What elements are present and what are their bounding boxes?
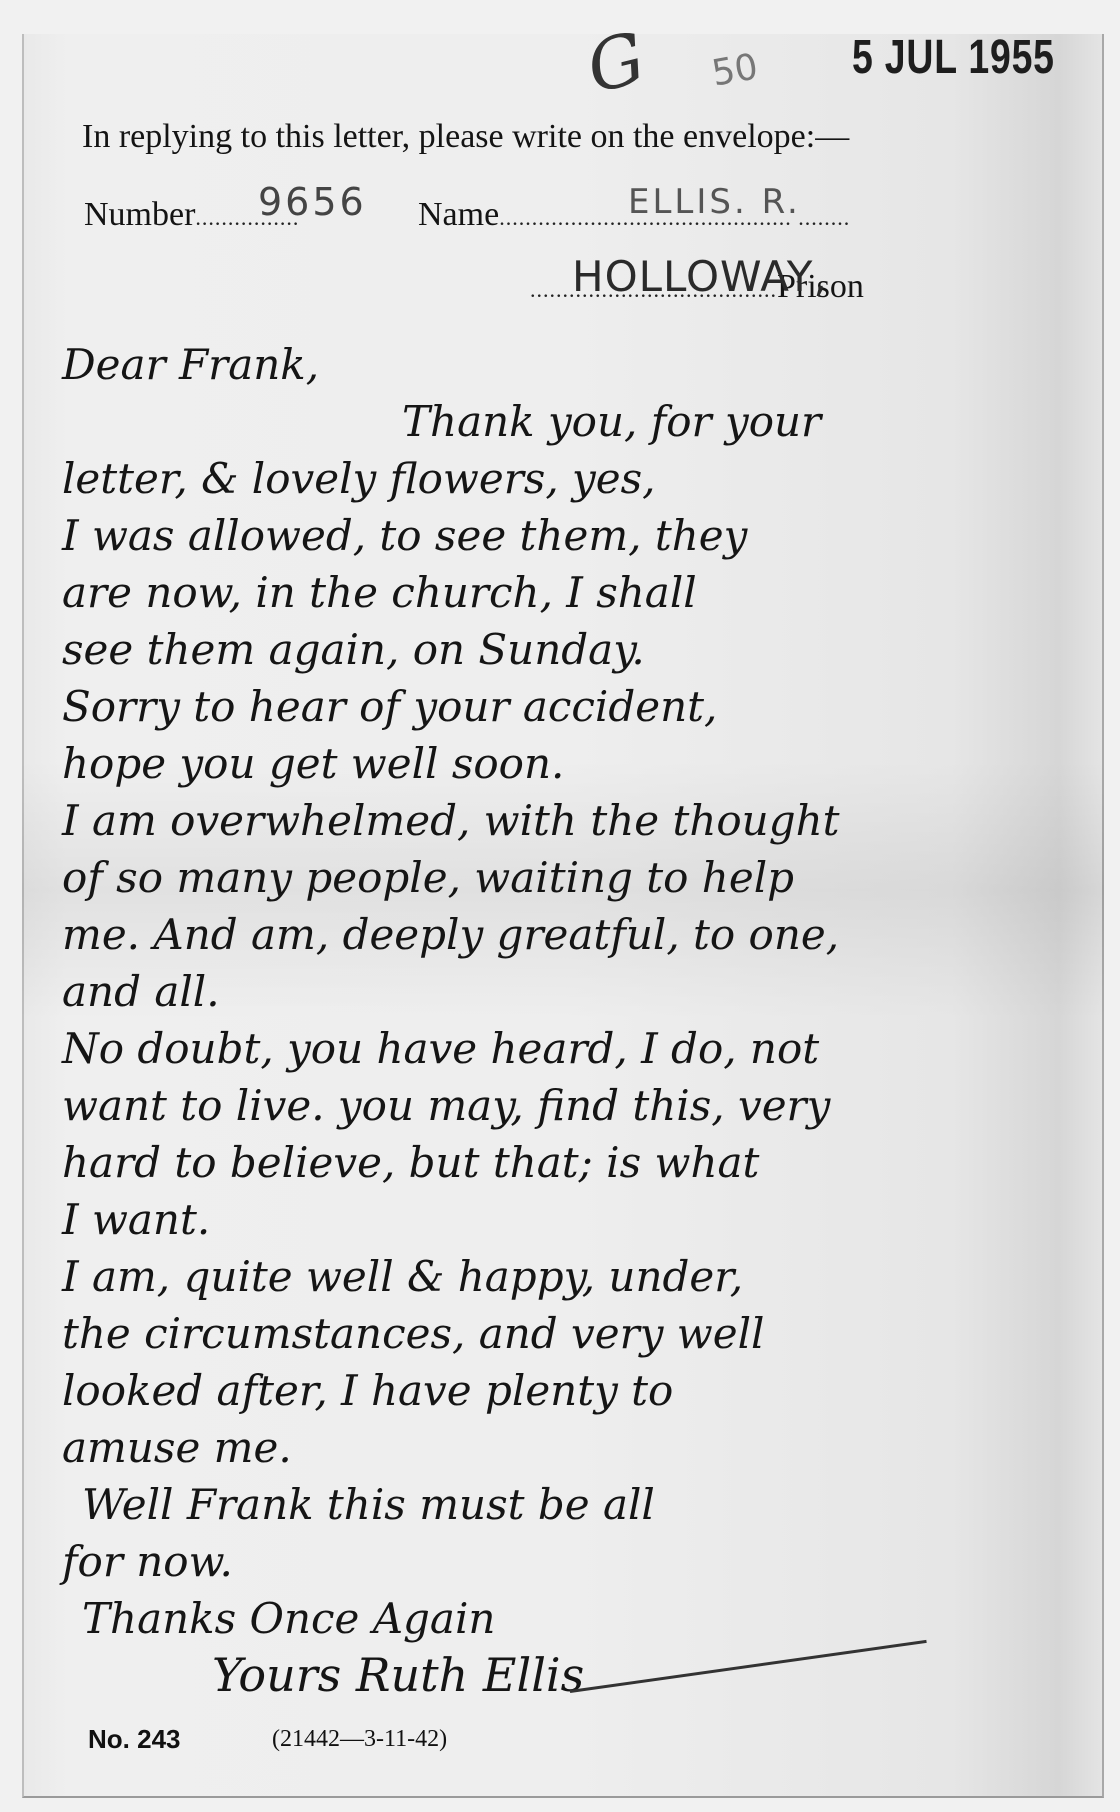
letter-line: hope you get well soon. — [62, 735, 1092, 792]
letter-line: I am, quite well & happy, under, — [62, 1248, 1092, 1305]
letter-line: hard to believe, but that; is what — [62, 1134, 1092, 1191]
prison-name: HOLLOWAY, — [572, 252, 828, 301]
prisoner-number: 9656 — [258, 180, 367, 224]
form-number: No. 243 — [88, 1724, 181, 1755]
letter-line: and all. — [62, 963, 1092, 1020]
letter-line: are now, in the church, I shall — [62, 564, 1092, 621]
letter-line: for now. — [62, 1533, 1092, 1590]
letter-line: of so many people, waiting to help — [62, 849, 1092, 906]
date-stamp: 5 JUL 1955 — [852, 30, 1055, 85]
signature: Yours Ruth Ellis — [62, 1647, 1092, 1704]
letter-line: amuse me. — [62, 1419, 1092, 1476]
salutation: Dear Frank, — [62, 336, 1092, 393]
letter-line: I am overwhelmed, with the thought — [62, 792, 1092, 849]
letter-line: see them again, on Sunday. — [62, 621, 1092, 678]
letter-line: want to live. you may, find this, very — [62, 1077, 1092, 1134]
name-label: Name — [418, 196, 499, 233]
letter-line: Well Frank this must be all — [62, 1476, 1092, 1533]
letter-body: Dear Frank, Thank you, for your letter, … — [62, 336, 1092, 1704]
letter-line: looked after, I have plenty to — [62, 1362, 1092, 1419]
print-code: (21442—3-11-42) — [272, 1726, 447, 1753]
letter-line: Thank you, for your — [62, 393, 1092, 450]
letter-line: the circumstances, and very well — [62, 1305, 1092, 1362]
stamp-handwritten-number: 50 — [709, 46, 761, 94]
letter-line: No doubt, you have heard, I do, not — [62, 1020, 1092, 1077]
prisoner-name: ELLIS. R. — [628, 182, 801, 222]
letter-line: Sorry to hear of your accident, — [62, 678, 1092, 735]
number-label: Number — [84, 196, 195, 233]
reply-instruction: In replying to this letter, please write… — [82, 118, 849, 156]
letter-line: I was allowed, to see them, they — [62, 507, 1092, 564]
closing: Thanks Once Again — [62, 1590, 1092, 1647]
letter-line: letter, & lovely flowers, yes, — [62, 450, 1092, 507]
letter-line: me. And am, deeply greatful, to one, — [62, 906, 1092, 963]
letter-line: I want. — [62, 1191, 1092, 1248]
